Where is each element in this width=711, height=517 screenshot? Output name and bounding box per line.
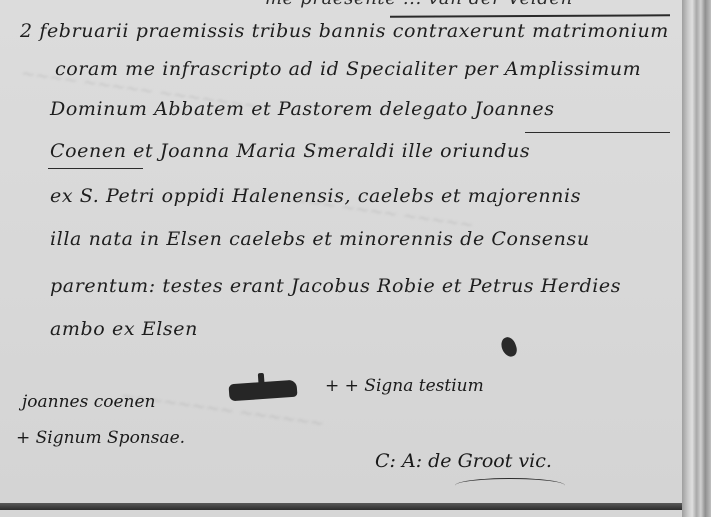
- struck-out-signature: [228, 380, 297, 402]
- entry-line-1: 2 februarii praemissis tribus bannis con…: [20, 20, 669, 42]
- manuscript-page: ~~~~ ~~~~~ ~~~~~~~ ~~~~~~ ~~~~ ~~~~~ ~~~…: [0, 0, 682, 510]
- groom-signature: joannes coenen: [22, 392, 156, 412]
- entry-line-5: ex S. Petri oppidi Halenensis, caelebs e…: [50, 185, 581, 207]
- entry-line-2: coram me infrascripto ad id Specialiter …: [55, 58, 641, 80]
- top-rule: [390, 14, 670, 17]
- groom-name-underline: [525, 132, 670, 133]
- page-bottom-edge: [0, 503, 682, 510]
- officiant-signature: C: A: de Groot vic.: [375, 450, 552, 472]
- entry-line-8: ambo ex Elsen: [50, 318, 198, 340]
- witness-marks: + + Signa testium: [325, 376, 484, 396]
- entry-line-7: parentum: testes erant Jacobus Robie et …: [50, 275, 621, 297]
- entry-line-6: illa nata in Elsen caelebs et minorennis…: [50, 228, 590, 250]
- bride-mark: + Signum Sponsae.: [16, 428, 185, 448]
- book-binding-edge: [682, 0, 711, 517]
- ink-blot: [499, 335, 519, 359]
- groom-surname-underline: [48, 168, 143, 169]
- entry-line-4: Coenen et Joanna Maria Smeraldi ille ori…: [50, 140, 530, 162]
- top-line-fragment: me praesente ... van der Velden: [265, 0, 573, 9]
- signature-flourish: [455, 478, 565, 493]
- entry-line-3: Dominum Abbatem et Pastorem delegato Joa…: [50, 98, 555, 120]
